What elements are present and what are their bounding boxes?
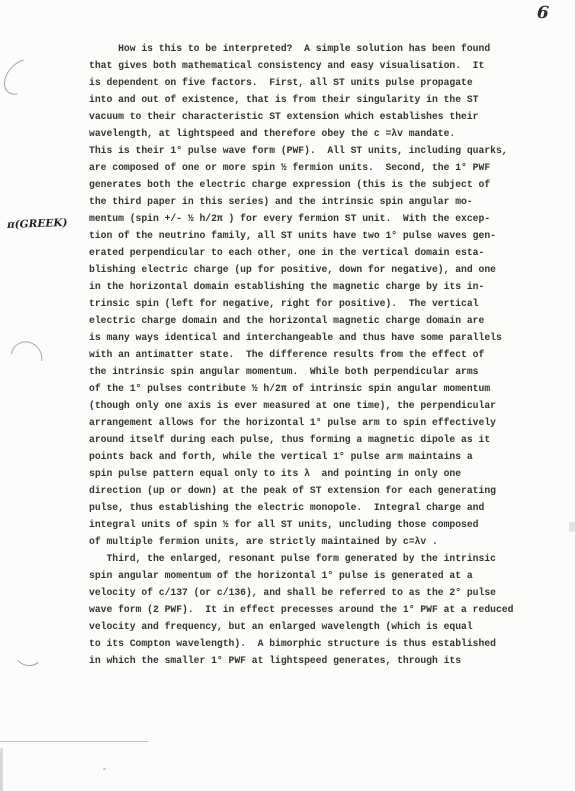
typed-line: blishing electric charge (up for positiv… bbox=[89, 261, 513, 278]
typed-line: around itself during each pulse, thus fo… bbox=[89, 431, 513, 448]
typed-line: is many ways identical and interchangeab… bbox=[89, 329, 513, 346]
typed-line: pulse, thus establishing the electric mo… bbox=[89, 499, 513, 516]
typed-line: trinsic spin (left for negative, right f… bbox=[89, 295, 513, 312]
typed-line: is dependent on five factors. First, all… bbox=[89, 74, 513, 91]
scan-artifact-smudge bbox=[569, 522, 575, 532]
typed-line: into and out of existence, that is from … bbox=[89, 91, 513, 108]
typed-line: in the horizontal domain establishing th… bbox=[89, 278, 513, 295]
hole-punch-mark-middle bbox=[4, 335, 48, 380]
typed-line: of the 1° pulses contribute ½ h/2π of in… bbox=[89, 380, 513, 397]
typed-line: with an antimatter state. The difference… bbox=[89, 346, 513, 363]
typed-line: generates both the electric charge expre… bbox=[89, 176, 513, 193]
typed-line: of multiple fermion units, are strictly … bbox=[89, 533, 513, 550]
typed-line: are composed of one or more spin ½ fermi… bbox=[89, 159, 513, 176]
handwritten-margin-note: π(GREEK) bbox=[7, 217, 68, 231]
scan-artifact-line bbox=[0, 741, 148, 742]
typed-line: This is their 1° pulse wave form (PWF). … bbox=[89, 142, 513, 159]
typed-line: spin angular momentum of the horizontal … bbox=[89, 567, 513, 584]
hole-punch-mark-bottom bbox=[13, 637, 46, 668]
typed-line: velocity of c/137 (or c/136), and shall … bbox=[89, 584, 513, 601]
typed-line: wavelength, at lightspeed and therefore … bbox=[89, 125, 513, 142]
typed-line: vacuum to their characteristic ST extens… bbox=[89, 108, 513, 125]
scan-artifact-edge-strip bbox=[0, 748, 3, 791]
typed-line: erated perpendicular to each other, one … bbox=[89, 244, 513, 261]
scanned-typewritten-page: 6 π(GREEK) How is this to be interpreted… bbox=[0, 0, 575, 791]
typed-line: to its Compton wavelength). A bimorphic … bbox=[89, 635, 513, 652]
hole-punch-mark-top bbox=[0, 53, 44, 101]
typed-line: the intrinsic spin angular momentum. Whi… bbox=[89, 363, 513, 380]
typed-line: electric charge domain and the horizonta… bbox=[89, 312, 513, 329]
typed-line: direction (up or down) at the peak of ST… bbox=[89, 482, 513, 499]
typed-line: arrangement allows for the horizontal 1°… bbox=[89, 414, 513, 431]
typed-line: Third, the enlarged, resonant pulse form… bbox=[89, 550, 513, 567]
typed-line: mentum (spin +/- ½ h/2π ) for every ferm… bbox=[89, 210, 513, 227]
typed-line: velocity and frequency, but an enlarged … bbox=[89, 618, 513, 635]
typed-line: points back and forth, while the vertica… bbox=[89, 448, 513, 465]
typed-line: spin pulse pattern equal only to its λ a… bbox=[89, 465, 513, 482]
typed-line: that gives both mathematical consistency… bbox=[89, 57, 513, 74]
typed-line: wave form (2 PWF). It in effect precesse… bbox=[89, 601, 513, 618]
handwritten-page-number: 6 bbox=[536, 3, 549, 24]
typed-line: the third paper in this series) and the … bbox=[89, 193, 513, 210]
typed-line: in which the smaller 1° PWF at lightspee… bbox=[89, 652, 513, 669]
typed-text: How is this to be interpreted? A simple … bbox=[89, 40, 513, 669]
typed-line: (though only one axis is ever measured a… bbox=[89, 397, 513, 414]
typed-line: How is this to be interpreted? A simple … bbox=[89, 40, 513, 57]
typed-line: tion of the neutrino family, all ST unit… bbox=[89, 227, 513, 244]
typed-line: integral units of spin ½ for all ST unit… bbox=[89, 516, 513, 533]
scan-artifact-dot bbox=[103, 768, 106, 770]
